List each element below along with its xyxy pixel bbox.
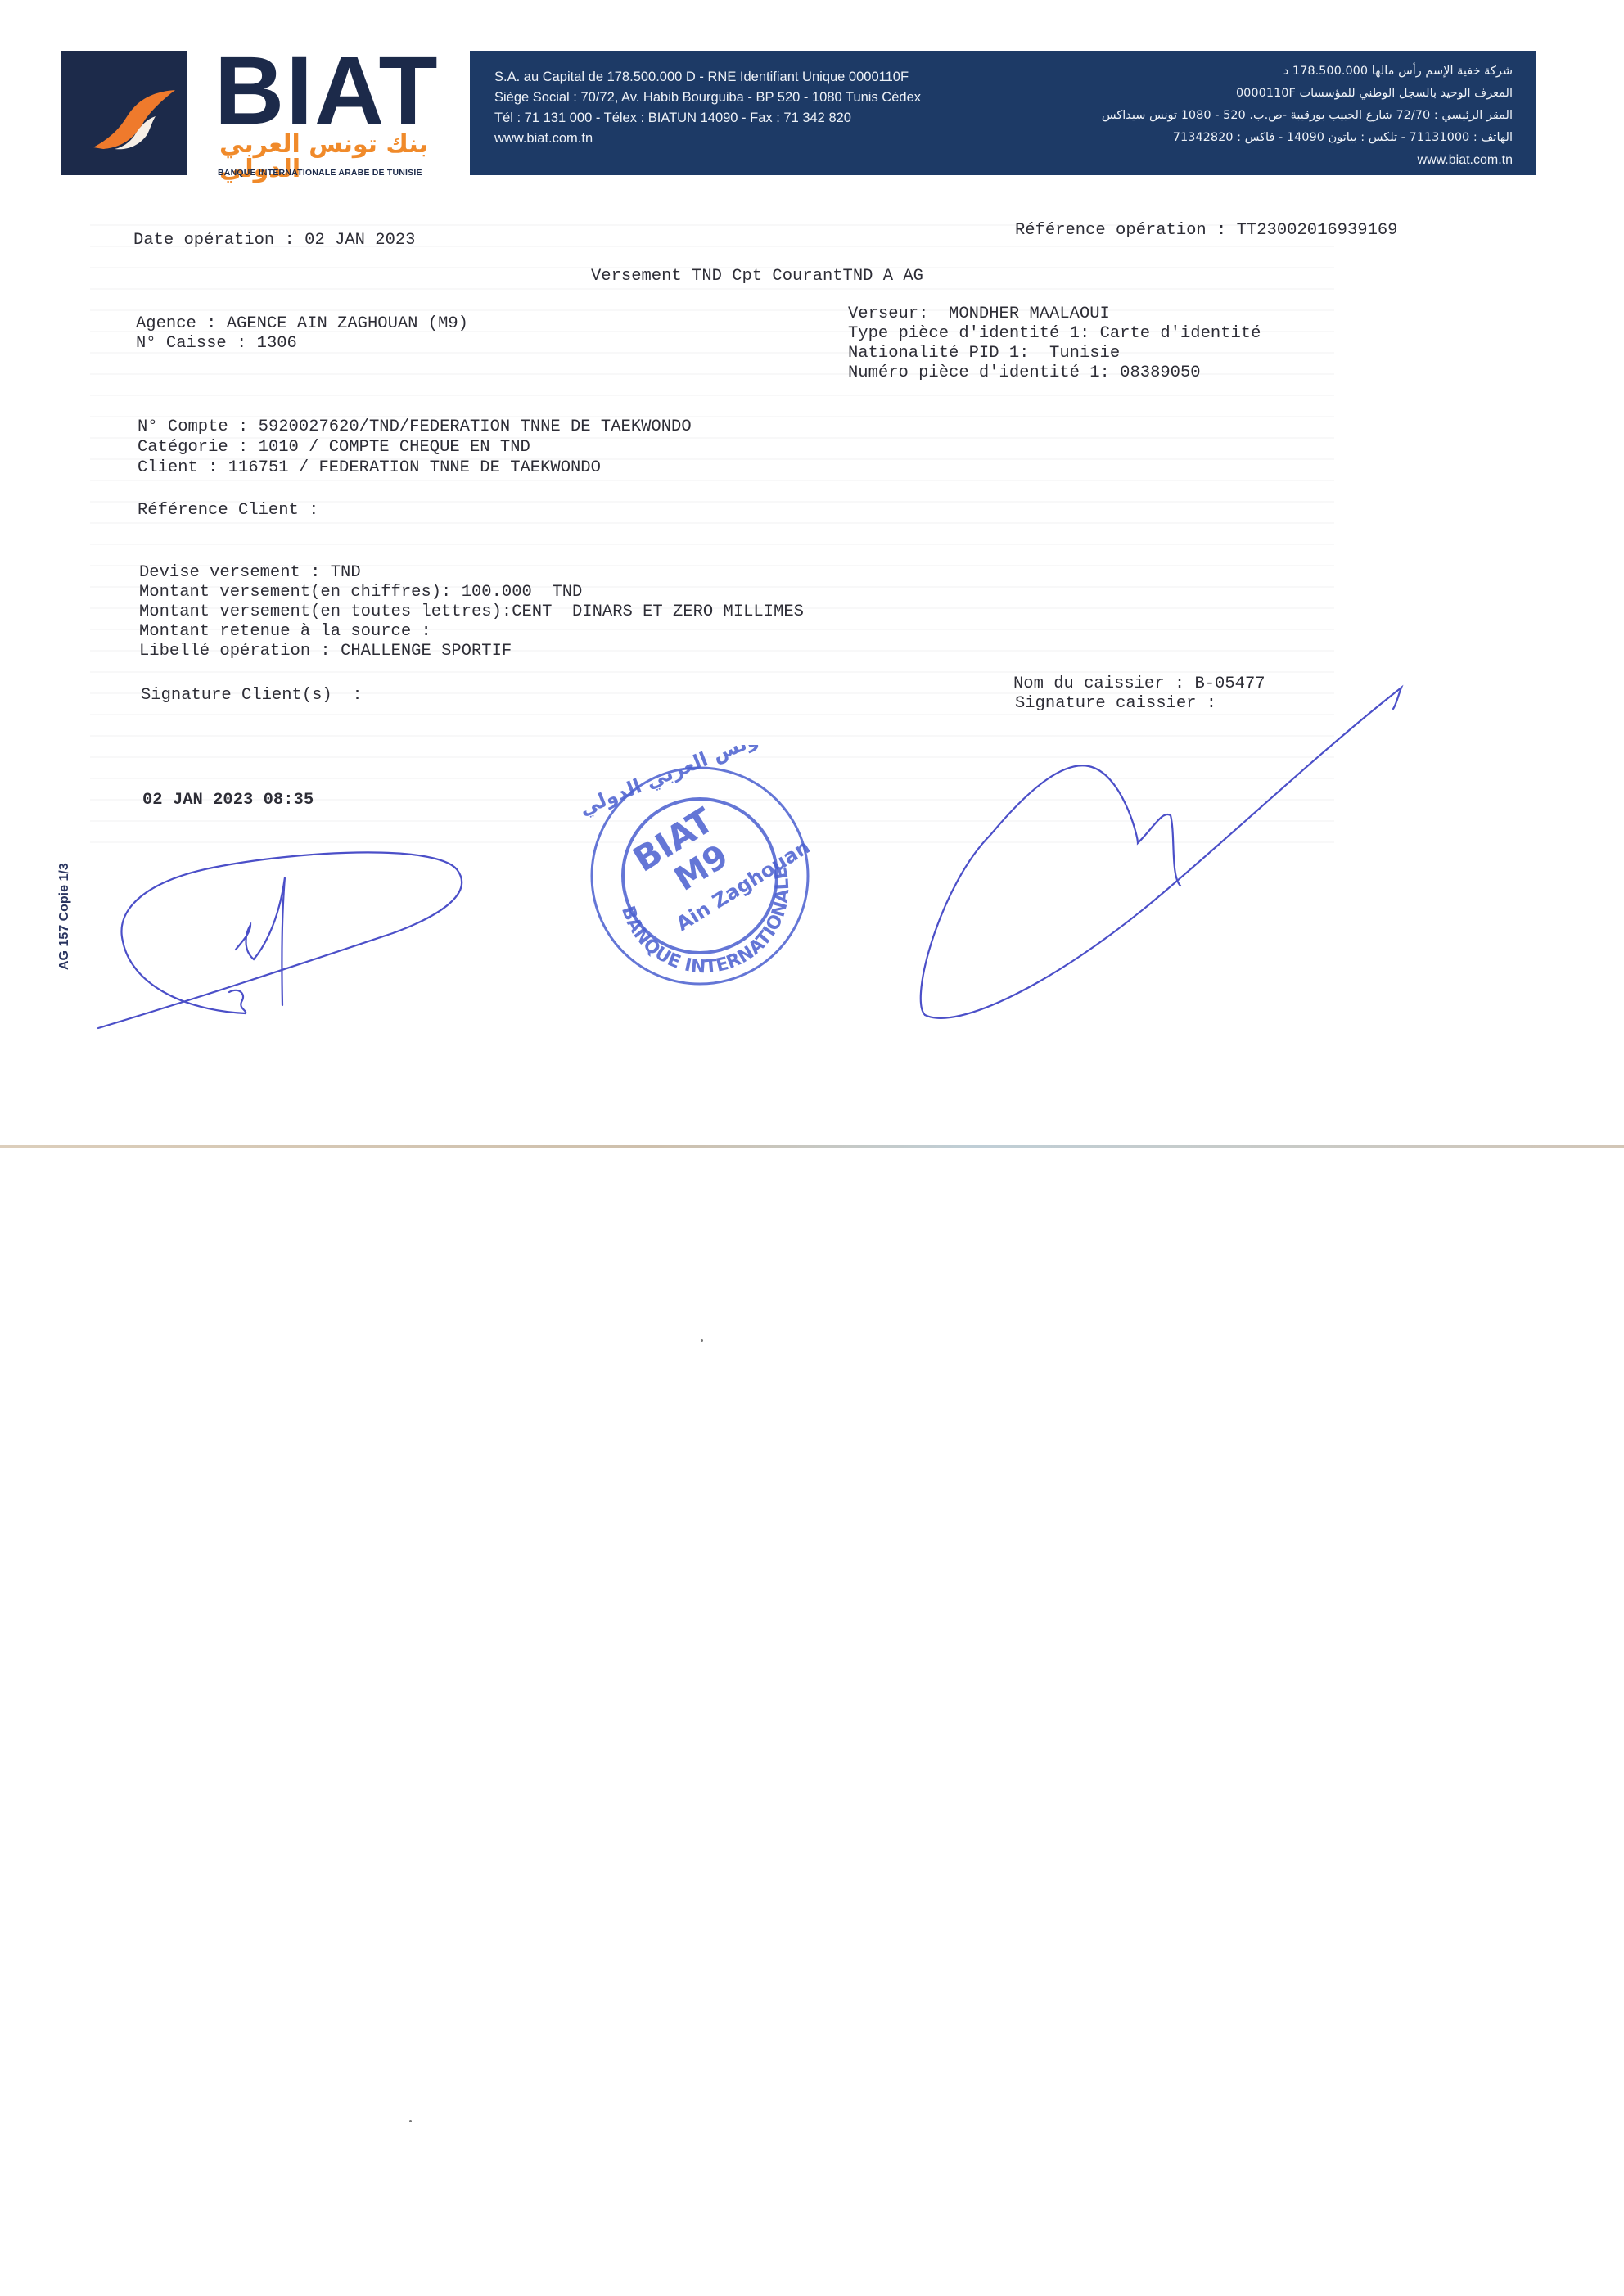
- libelle-operation: Libellé opération : CHALLENGE SPORTIF: [139, 642, 512, 661]
- numero-piece-identite: Numéro pièce d'identité 1: 08389050: [848, 363, 1201, 382]
- wing-icon: [61, 51, 187, 175]
- numero-compte: N° Compte : 5920027620/TND/FEDERATION TN…: [138, 417, 692, 436]
- agence: Agence : AGENCE AIN ZAGHOUAN (M9): [136, 314, 468, 333]
- brand-full-name: BANQUE INTERNATIONALE ARABE DE TUNISIE: [218, 168, 422, 178]
- client: Client : 116751 / FEDERATION TNNE DE TAE…: [138, 458, 601, 477]
- montant-chiffres: Montant versement(en chiffres): 100.000 …: [139, 583, 582, 602]
- montant-retenue: Montant retenue à la source :: [139, 622, 441, 641]
- signature-client-label: Signature Client(s) :: [141, 686, 363, 705]
- categorie: Catégorie : 1010 / COMPTE CHEQUE EN TND: [138, 438, 530, 457]
- devise-versement: Devise versement : TND: [139, 563, 361, 582]
- signature-caissier-label: Signature caissier :: [1015, 694, 1216, 713]
- verseur: Verseur: MONDHER MAALAOUI: [848, 304, 1110, 323]
- biat-logo-mark: [61, 51, 187, 175]
- cashier-signature: [892, 671, 1424, 1031]
- nom-caissier: Nom du caissier : B-05477: [1013, 674, 1265, 693]
- date-operation: Date opération : 02 JAN 2023: [133, 231, 415, 250]
- type-piece-identite: Type pièce d'identité 1: Carte d'identit…: [848, 324, 1261, 343]
- agency-stamp: BANQUE INTERNATIONALE ARABE DE TUNISIE B…: [565, 745, 827, 1007]
- form-code: AG 157 Copie 1/3: [57, 863, 72, 970]
- page-fold-line: [0, 1145, 1624, 1148]
- company-info-banner: S.A. au Capital de 178.500.000 D - RNE I…: [470, 51, 1536, 175]
- montant-lettres: Montant versement(en toutes lettres):CEN…: [139, 602, 804, 621]
- website-link-ar[interactable]: www.biat.com.tn: [1022, 149, 1513, 171]
- scan-speck: [409, 2120, 412, 2122]
- numero-caisse: N° Caisse : 1306: [136, 334, 297, 353]
- reference-client: Référence Client :: [138, 501, 329, 520]
- brand-name: BIAT: [214, 43, 440, 139]
- website-link[interactable]: www.biat.com.tn: [494, 129, 921, 149]
- timestamp: 02 JAN 2023 08:35: [142, 791, 314, 810]
- scan-speck: [701, 1339, 703, 1342]
- client-signature: [49, 819, 540, 1048]
- company-info-fr: S.A. au Capital de 178.500.000 D - RNE I…: [494, 67, 921, 149]
- company-info-ar: شركة خفية الإسم رأس مالها 178.500.000 د …: [1022, 61, 1513, 171]
- nationalite: Nationalité PID 1: Tunisie: [848, 344, 1120, 363]
- operation-title: Versement TND Cpt CourantTND A AG: [591, 267, 923, 286]
- reference-operation: Référence opération : TT23002016939169: [1015, 221, 1398, 240]
